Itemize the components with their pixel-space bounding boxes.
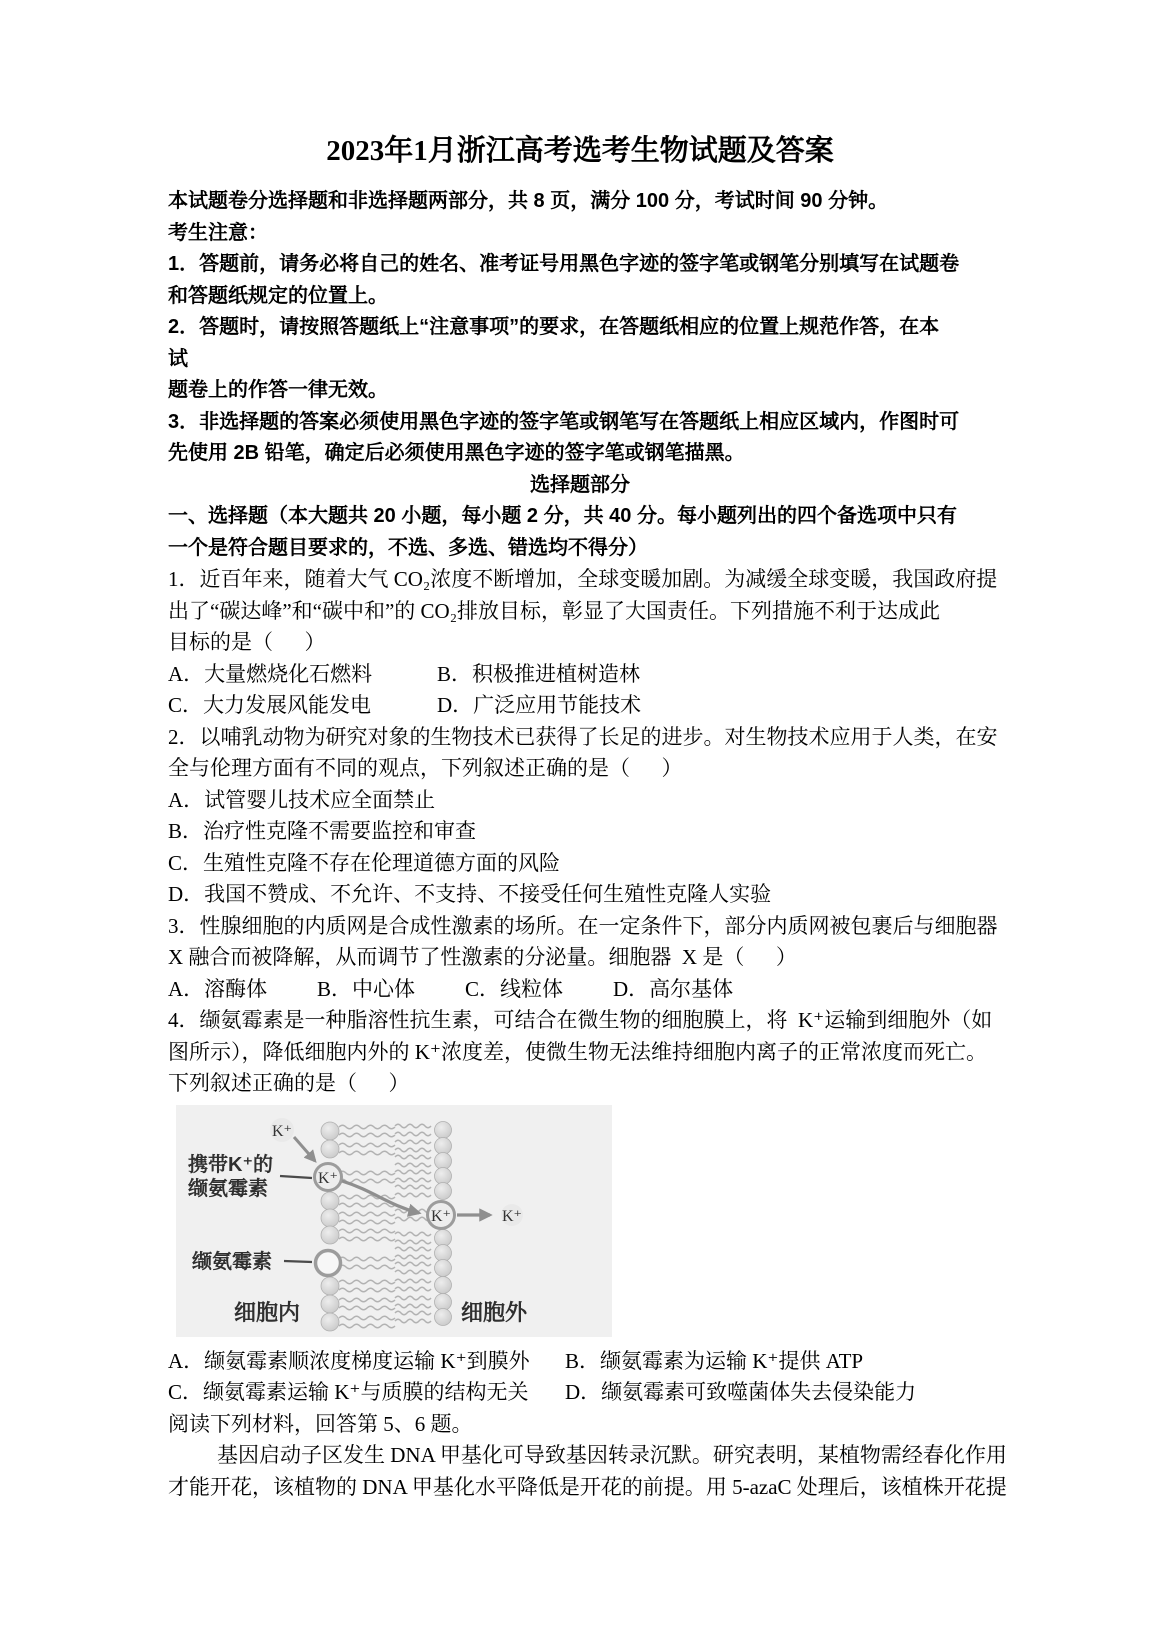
inner-leaflet-tails — [339, 1125, 395, 1328]
notice-item-2: 2．答题时，请按照答题纸上“注意事项”的要求，在答题纸相应的位置上规范作答，在本 — [168, 312, 992, 344]
k-entry-arrow — [294, 1137, 315, 1161]
q4-option-a: A．缬氨霉素顺浓度梯度运输 K⁺到膜外 — [168, 1346, 565, 1378]
valinomycin-label: 缬氨霉素 — [192, 1249, 272, 1273]
carrier-label-line1: 携带K⁺的 — [188, 1152, 273, 1176]
page-title: 2023年1月浙江高考选考生物试题及答案 — [168, 132, 992, 170]
exam-info-line: 本试题卷分选择题和非选择题两部分，共 8 页，满分 100 分，考试时间 90 … — [168, 186, 992, 218]
k-ion-label-top: K⁺ — [272, 1123, 292, 1140]
notice-item-1: 1．答题前，请务必将自己的姓名、准考证号用黑色字迹的签字笔或钢笔分别填写在试题卷 — [168, 249, 992, 281]
membrane-transport-svg: K⁺ 携带K⁺的 缬氨霉素 K⁺ K⁺ K⁺ 缬氨霉素 — [176, 1105, 612, 1337]
question-4-text: 4．缬氨霉素是一种脂溶性抗生素，可结合在微生物的细胞膜上，将 K⁺运输到细胞外（… — [168, 1005, 992, 1037]
notice-heading: 考生注意： — [168, 218, 992, 250]
question-4-text-cont2: 下列叙述正确的是（ ） — [168, 1068, 992, 1100]
reading-material-para: 基因启动子区发生 DNA 甲基化可导致基因转录沉默。研究表明，某植物需经春化作用 — [168, 1440, 992, 1472]
question-1-options-row: A．大量燃烧化石燃料B．积极推进植树造林 — [168, 659, 992, 691]
q2-option-c: C．生殖性克隆不存在伦理道德方面的风险 — [168, 848, 992, 880]
q3-option-d: D．高尔基体 — [613, 977, 733, 1001]
question-3-text-cont: X 融合而被降解，从而调节了性激素的分泌量。细胞器 X 是（ ） — [168, 942, 992, 974]
k-ion-label-carried: K⁺ — [318, 1170, 338, 1187]
inner-leaflet-heads — [321, 1122, 339, 1331]
reading-material-para-cont: 才能开花，该植物的 DNA 甲基化水平降低是开花的前提。用 5-azaC 处理后… — [168, 1472, 992, 1504]
outside-cell-label: 细胞外 — [461, 1300, 528, 1325]
q1-option-d: D．广泛应用节能技术 — [437, 693, 641, 717]
outer-leaflet-tails — [395, 1124, 431, 1323]
notice-item-3-cont: 先使用 2B 铅笔，确定后必须使用黑色字迹的签字笔或钢笔描黑。 — [168, 438, 992, 470]
k-ion-label-right: K⁺ — [431, 1208, 451, 1225]
notice-item-1-cont: 和答题纸规定的位置上。 — [168, 281, 992, 313]
notice-item-3: 3．非选择题的答案必须使用黑色字迹的签字笔或钢笔写在答题纸上相应区域内，作图时可 — [168, 407, 992, 439]
question-1-text-cont2: 目标的是（ ） — [168, 627, 992, 659]
q1-option-b: B．积极推进植树造林 — [437, 662, 640, 686]
section-desc-cont: 一个是符合题目要求的，不选、多选、错选均不得分） — [168, 533, 992, 565]
carrier-pointer-line — [280, 1176, 312, 1178]
q2-option-a: A．试管婴儿技术应全面禁止 — [168, 785, 992, 817]
notice-item-2-cont2: 题卷上的作答一律无效。 — [168, 375, 992, 407]
q2-option-b: B．治疗性克隆不需要监控和审查 — [168, 816, 992, 848]
q4-option-d: D．缬氨霉素可致噬菌体失去侵染能力 — [565, 1380, 916, 1404]
question-1-options-row: C．大力发展风能发电D．广泛应用节能技术 — [168, 690, 992, 722]
reading-material-lead: 阅读下列材料，回答第 5、6 题。 — [168, 1409, 992, 1441]
question-1-text-cont: 出了“碳达峰”和“碳中和”的 CO₂排放目标，彰显了大国责任。下列措施不利于达成… — [168, 596, 992, 628]
question-4-text-cont: 图所示），降低细胞内外的 K⁺浓度差，使微生物无法维持细胞内离子的正常浓度而死亡… — [168, 1037, 992, 1069]
q2-option-d: D．我国不赞成、不允许、不支持、不接受任何生殖性克隆人实验 — [168, 879, 992, 911]
question-3-options-row: A．溶酶体B．中心体C．线粒体D．高尔基体 — [168, 974, 992, 1006]
valinomycin-pointer-line — [284, 1261, 312, 1262]
exam-document-page: 2023年1月浙江高考选考生物试题及答案 本试题卷分选择题和非选择题两部分，共 … — [0, 0, 1158, 1638]
q3-option-b: B．中心体 — [317, 974, 465, 1006]
q3-option-a: A．溶酶体 — [168, 974, 317, 1006]
section-desc: 一、选择题（本大题共 20 小题，每小题 2 分，共 40 分。每小题列出的四个… — [168, 501, 992, 533]
inside-cell-label: 细胞内 — [234, 1300, 300, 1325]
section-header: 选择题部分 — [168, 470, 992, 502]
valinomycin-ring — [316, 1250, 341, 1275]
question-4-options-row: A．缬氨霉素顺浓度梯度运输 K⁺到膜外B．缬氨霉素为运输 K⁺提供 ATP — [168, 1346, 992, 1378]
q1-option-a: A．大量燃烧化石燃料 — [168, 659, 437, 691]
question-1-text: 1．近百年来，随着大气 CO₂浓度不断增加，全球变暖加剧。为减缓全球变暖，我国政… — [168, 564, 992, 596]
question-3-text: 3．性腺细胞的内质网是合成性激素的场所。在一定条件下，部分内质网被包裹后与细胞器 — [168, 911, 992, 943]
k-ion-label-out: K⁺ — [502, 1208, 522, 1225]
q4-option-b: B．缬氨霉素为运输 K⁺提供 ATP — [565, 1349, 863, 1373]
question-2-text-cont: 全与伦理方面有不同的观点，下列叙述正确的是（ ） — [168, 753, 992, 785]
document-body: 2023年1月浙江高考选考生物试题及答案 本试题卷分选择题和非选择题两部分，共 … — [168, 132, 992, 1503]
q1-option-c: C．大力发展风能发电 — [168, 690, 437, 722]
carrier-label-line2: 缬氨霉素 — [188, 1176, 268, 1200]
membrane-transport-figure: K⁺ 携带K⁺的 缬氨霉素 K⁺ K⁺ K⁺ 缬氨霉素 — [176, 1105, 612, 1337]
question-2-text: 2．以哺乳动物为研究对象的生物技术已获得了长足的进步。对生物技术应用于人类，在安 — [168, 722, 992, 754]
question-4-options-row: C．缬氨霉素运输 K⁺与质膜的结构无关D．缬氨霉素可致噬菌体失去侵染能力 — [168, 1377, 992, 1409]
q3-option-c: C．线粒体 — [465, 974, 613, 1006]
notice-item-2-cont: 试 — [168, 344, 992, 376]
q4-option-c: C．缬氨霉素运输 K⁺与质膜的结构无关 — [168, 1377, 565, 1409]
